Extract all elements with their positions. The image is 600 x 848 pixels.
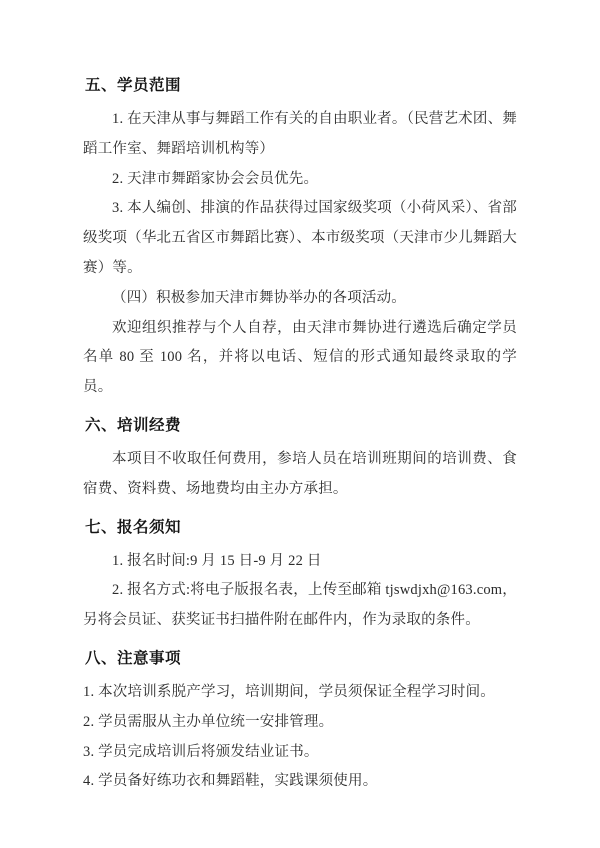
paragraph: （四）积极参加天津市舞协举办的各项活动。 xyxy=(83,284,517,314)
paragraph: 2. 天津市舞蹈家协会会员优先。 xyxy=(83,165,517,195)
paragraph: 欢迎组织推荐与个人自荐，由天津市舞协进行遴选后确定学员名单 80 至 100 名… xyxy=(83,314,517,403)
document-page: 五、学员范围 1. 在天津从事与舞蹈工作有关的自由职业者。（民营艺术团、舞蹈工作… xyxy=(0,0,600,848)
section-registration-notice: 七、报名须知 1. 报名时间:9 月 15 日-9 月 22 日 2. 报名方式… xyxy=(83,517,517,636)
section-heading-training-funds: 六、培训经费 xyxy=(85,415,517,437)
paragraph: 1. 在天津从事与舞蹈工作有关的自由职业者。（民营艺术团、舞蹈工作室、舞蹈培训机… xyxy=(83,105,517,165)
paragraph: 4. 学员备好练功衣和舞蹈鞋，实践课须使用。 xyxy=(83,767,517,797)
paragraph: 1. 报名时间:9 月 15 日-9 月 22 日 xyxy=(83,547,517,577)
paragraph: 3. 学员完成培训后将颁发结业证书。 xyxy=(83,738,517,768)
paragraph: 2. 学员需服从主办单位统一安排管理。 xyxy=(83,708,517,738)
section-training-funds: 六、培训经费 本项目不收取任何费用，参培人员在培训班期间的培训费、食宿费、资料费… xyxy=(83,415,517,505)
paragraph: 1. 本次培训系脱产学习，培训期间，学员须保证全程学习时间。 xyxy=(83,678,517,708)
paragraph-with-email: 2. 报名方式:将电子版报名表，上传至邮箱 tjswdjxh@163.com，另… xyxy=(83,576,517,636)
document-content: 五、学员范围 1. 在天津从事与舞蹈工作有关的自由职业者。（民营艺术团、舞蹈工作… xyxy=(83,75,517,797)
paragraph: 本项目不收取任何费用，参培人员在培训班期间的培训费、食宿费、资料费、场地费均由主… xyxy=(83,445,517,505)
section-student-scope: 五、学员范围 1. 在天津从事与舞蹈工作有关的自由职业者。（民营艺术团、舞蹈工作… xyxy=(83,75,517,403)
section-heading-important-notes: 八、注意事项 xyxy=(85,648,517,670)
section-important-notes: 八、注意事项 1. 本次培训系脱产学习，培训期间，学员须保证全程学习时间。 2.… xyxy=(83,648,517,797)
section-heading-student-scope: 五、学员范围 xyxy=(85,75,517,97)
section-heading-registration-notice: 七、报名须知 xyxy=(85,517,517,539)
paragraph: 3. 本人编创、排演的作品获得过国家级奖项（小荷风采）、省部级奖项（华北五省区市… xyxy=(83,194,517,283)
